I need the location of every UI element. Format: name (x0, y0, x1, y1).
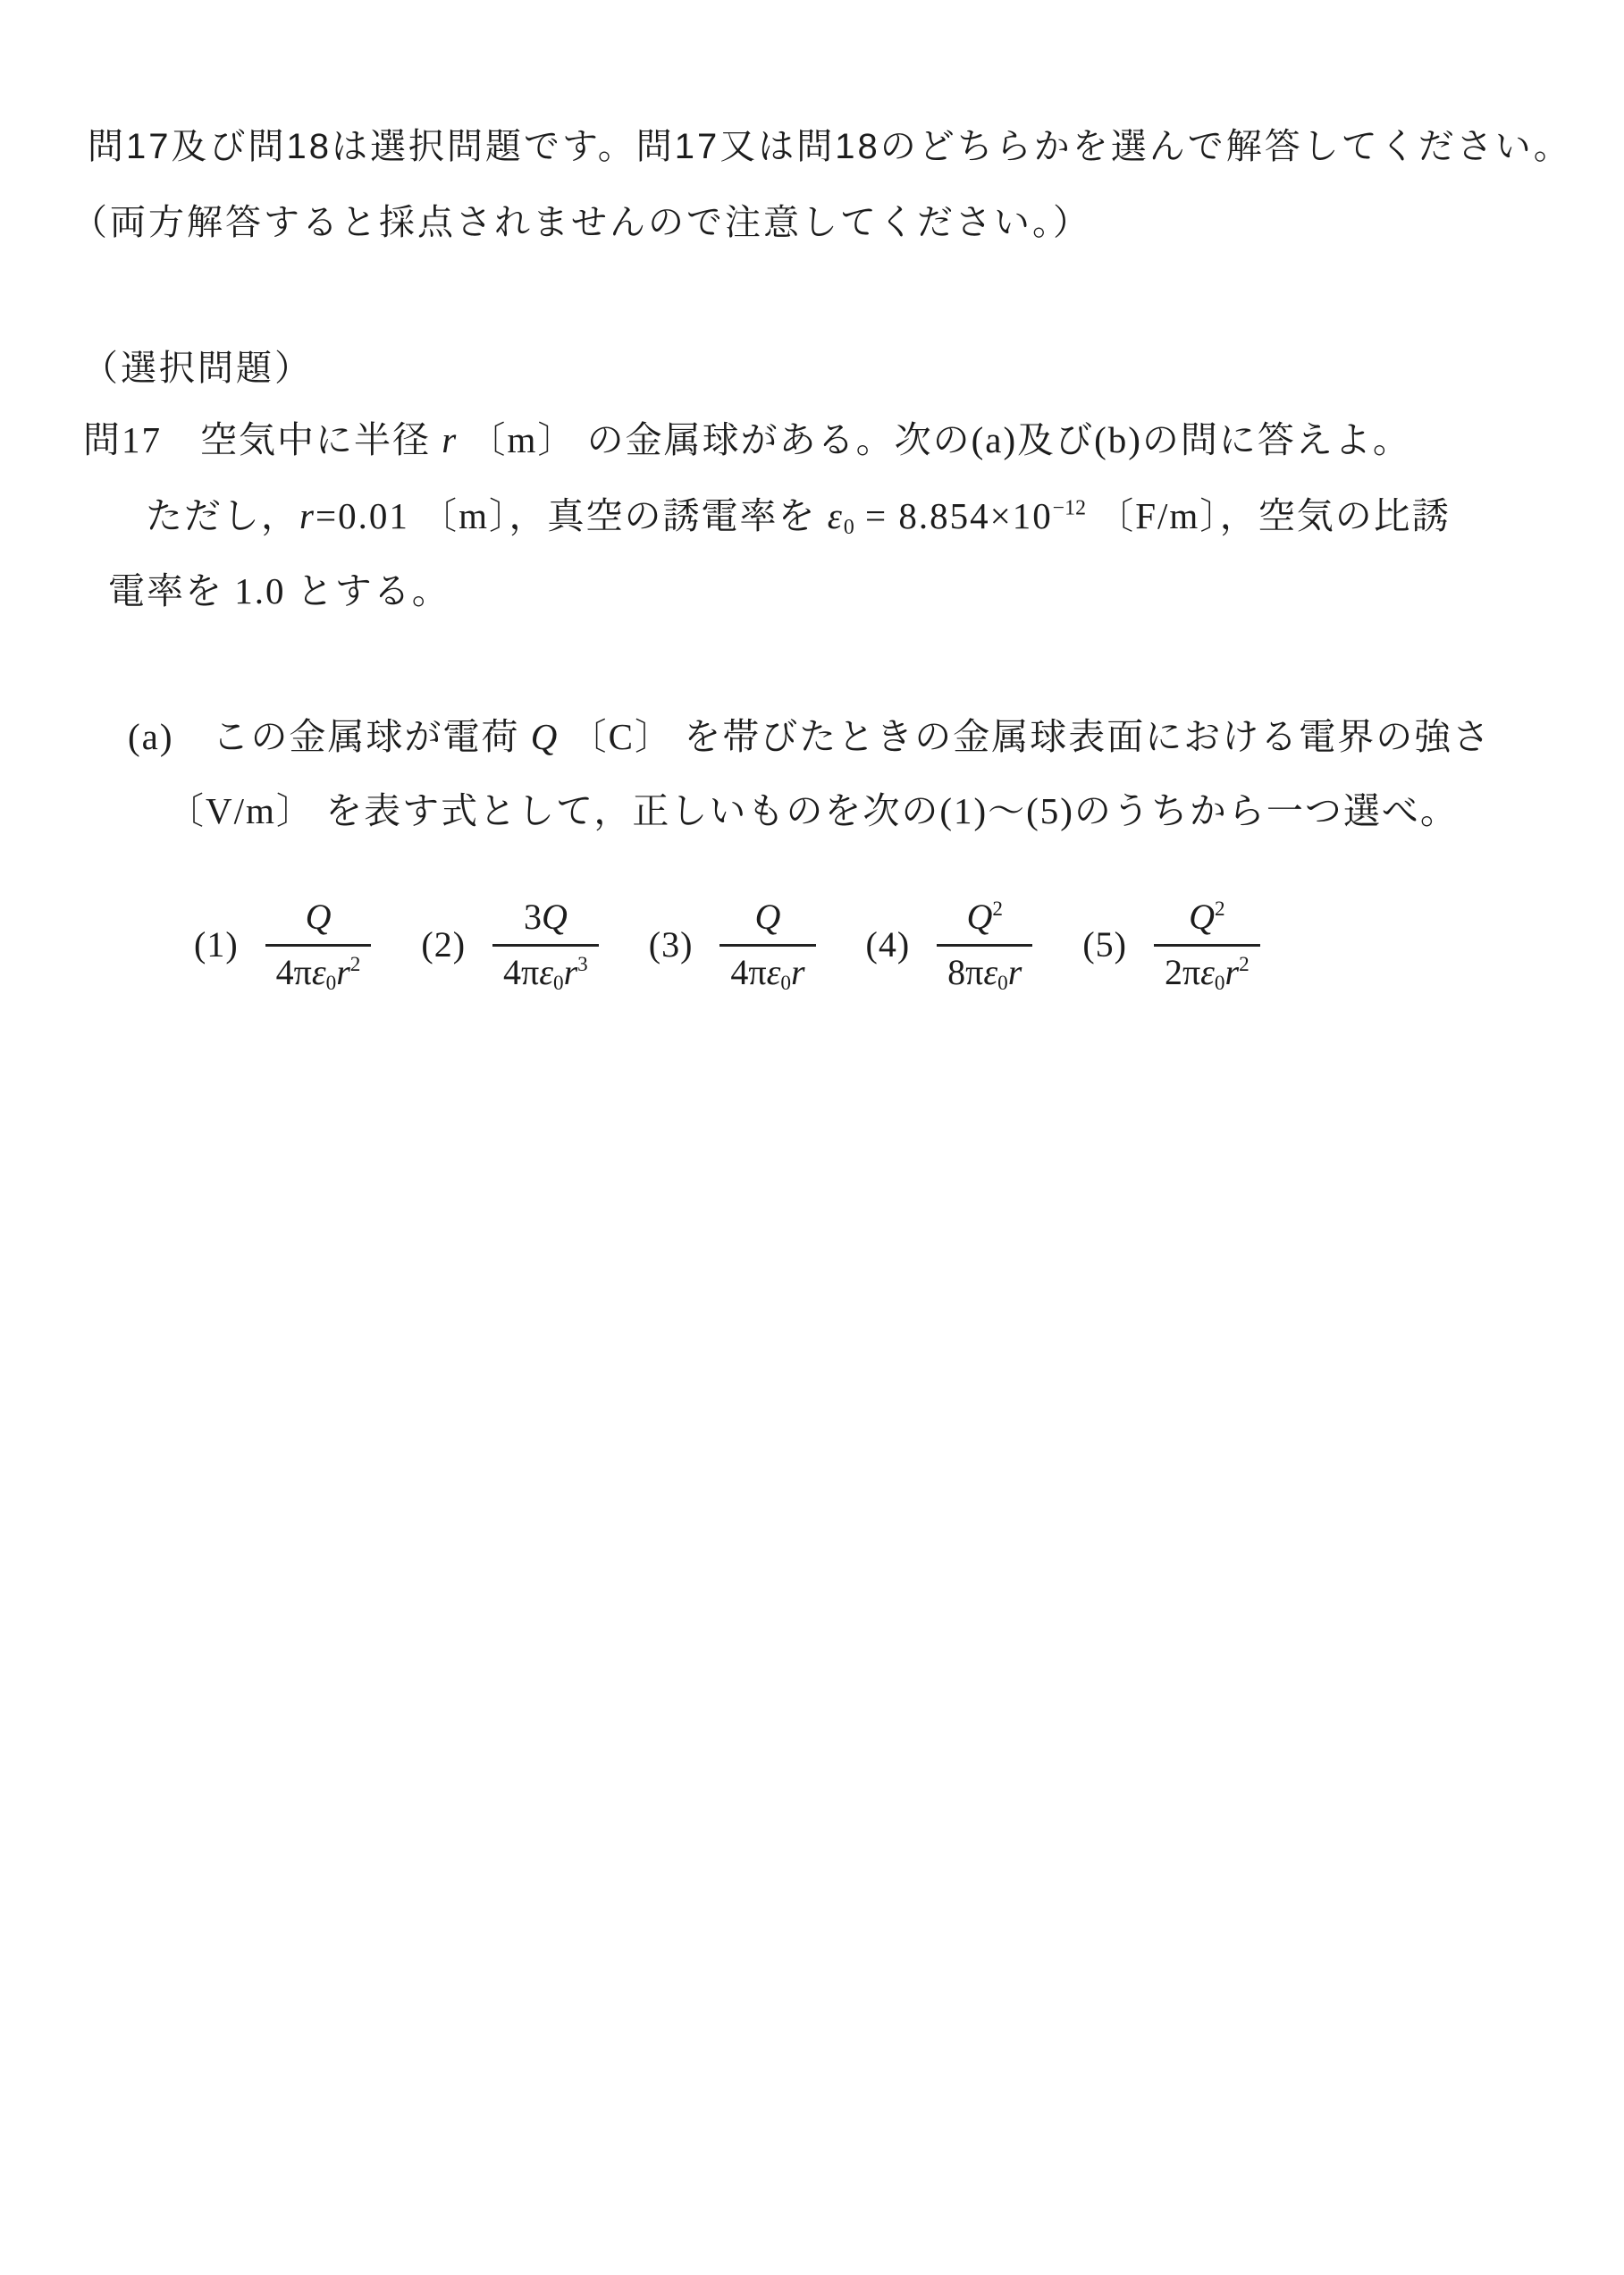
question-17-condition-line-1: ただし，r=0.01 〔m〕，真空の誘電率を ε0 = 8.854×10−12 … (146, 495, 1451, 537)
option-label: (1) (194, 923, 239, 965)
notice-line-2: （両方解答すると採点されませんので注意してください。） (72, 202, 1091, 243)
part-a-statement-line-1: (a) この金属球が電荷 Q 〔C〕 を帯びたときの金属球表面における電界の強さ (128, 716, 1491, 758)
fraction-denominator: 8πε0r (937, 944, 1032, 993)
fraction: Q 4πε0r (719, 896, 815, 993)
section-heading: （選択問題） (82, 348, 313, 389)
option-label: (4) (866, 923, 911, 965)
fraction-denominator: 4πε0r (719, 944, 815, 993)
answer-option-4: (4) Q2 8πε0r (866, 896, 1033, 993)
fraction-numerator: Q (295, 896, 342, 944)
fraction-denominator: 2πε0r2 (1154, 944, 1260, 993)
option-label: (3) (649, 923, 694, 965)
answer-option-1: (1) Q 4πε0r2 (194, 896, 371, 993)
fraction: Q2 8πε0r (937, 896, 1032, 993)
part-a-statement-line-2: 〔V/m〕 を表す式として，正しいものを次の(1)～(5)のうちから一つ選べ。 (167, 790, 1459, 832)
option-label: (5) (1082, 923, 1127, 965)
question-17-condition-line-2: 電率を 1.0 とする。 (108, 570, 450, 612)
fraction-numerator: Q (745, 896, 792, 944)
notice-line-1: 問17及び問18は選択問題です。問17又は問18のどちらかを選んで解答してくださ… (88, 126, 1572, 167)
fraction-numerator: 3Q (513, 896, 578, 944)
fraction-denominator: 4πε0r3 (492, 944, 599, 993)
fraction-numerator: Q2 (956, 896, 1014, 944)
answer-options-row: (1) Q 4πε0r2 (2) 3Q 4πε0r3 (3) Q 4πε0r (… (194, 896, 1310, 993)
option-label: (2) (421, 923, 466, 965)
fraction: Q2 2πε0r2 (1154, 896, 1260, 993)
fraction: Q 4πε0r2 (265, 896, 372, 993)
fraction-numerator: Q2 (1178, 896, 1235, 944)
exam-page: 問17及び問18は選択問題です。問17又は問18のどちらかを選んで解答してくださ… (0, 0, 1624, 2275)
answer-option-2: (2) 3Q 4πε0r3 (421, 896, 598, 993)
question-17-intro: 問17 空気中に半径 r 〔m〕 の金属球がある。次の(a)及び(b)の問に答え… (83, 419, 1411, 461)
fraction: 3Q 4πε0r3 (492, 896, 599, 993)
answer-option-3: (3) Q 4πε0r (649, 896, 816, 993)
fraction-denominator: 4πε0r2 (265, 944, 372, 993)
answer-option-5: (5) Q2 2πε0r2 (1082, 896, 1259, 993)
